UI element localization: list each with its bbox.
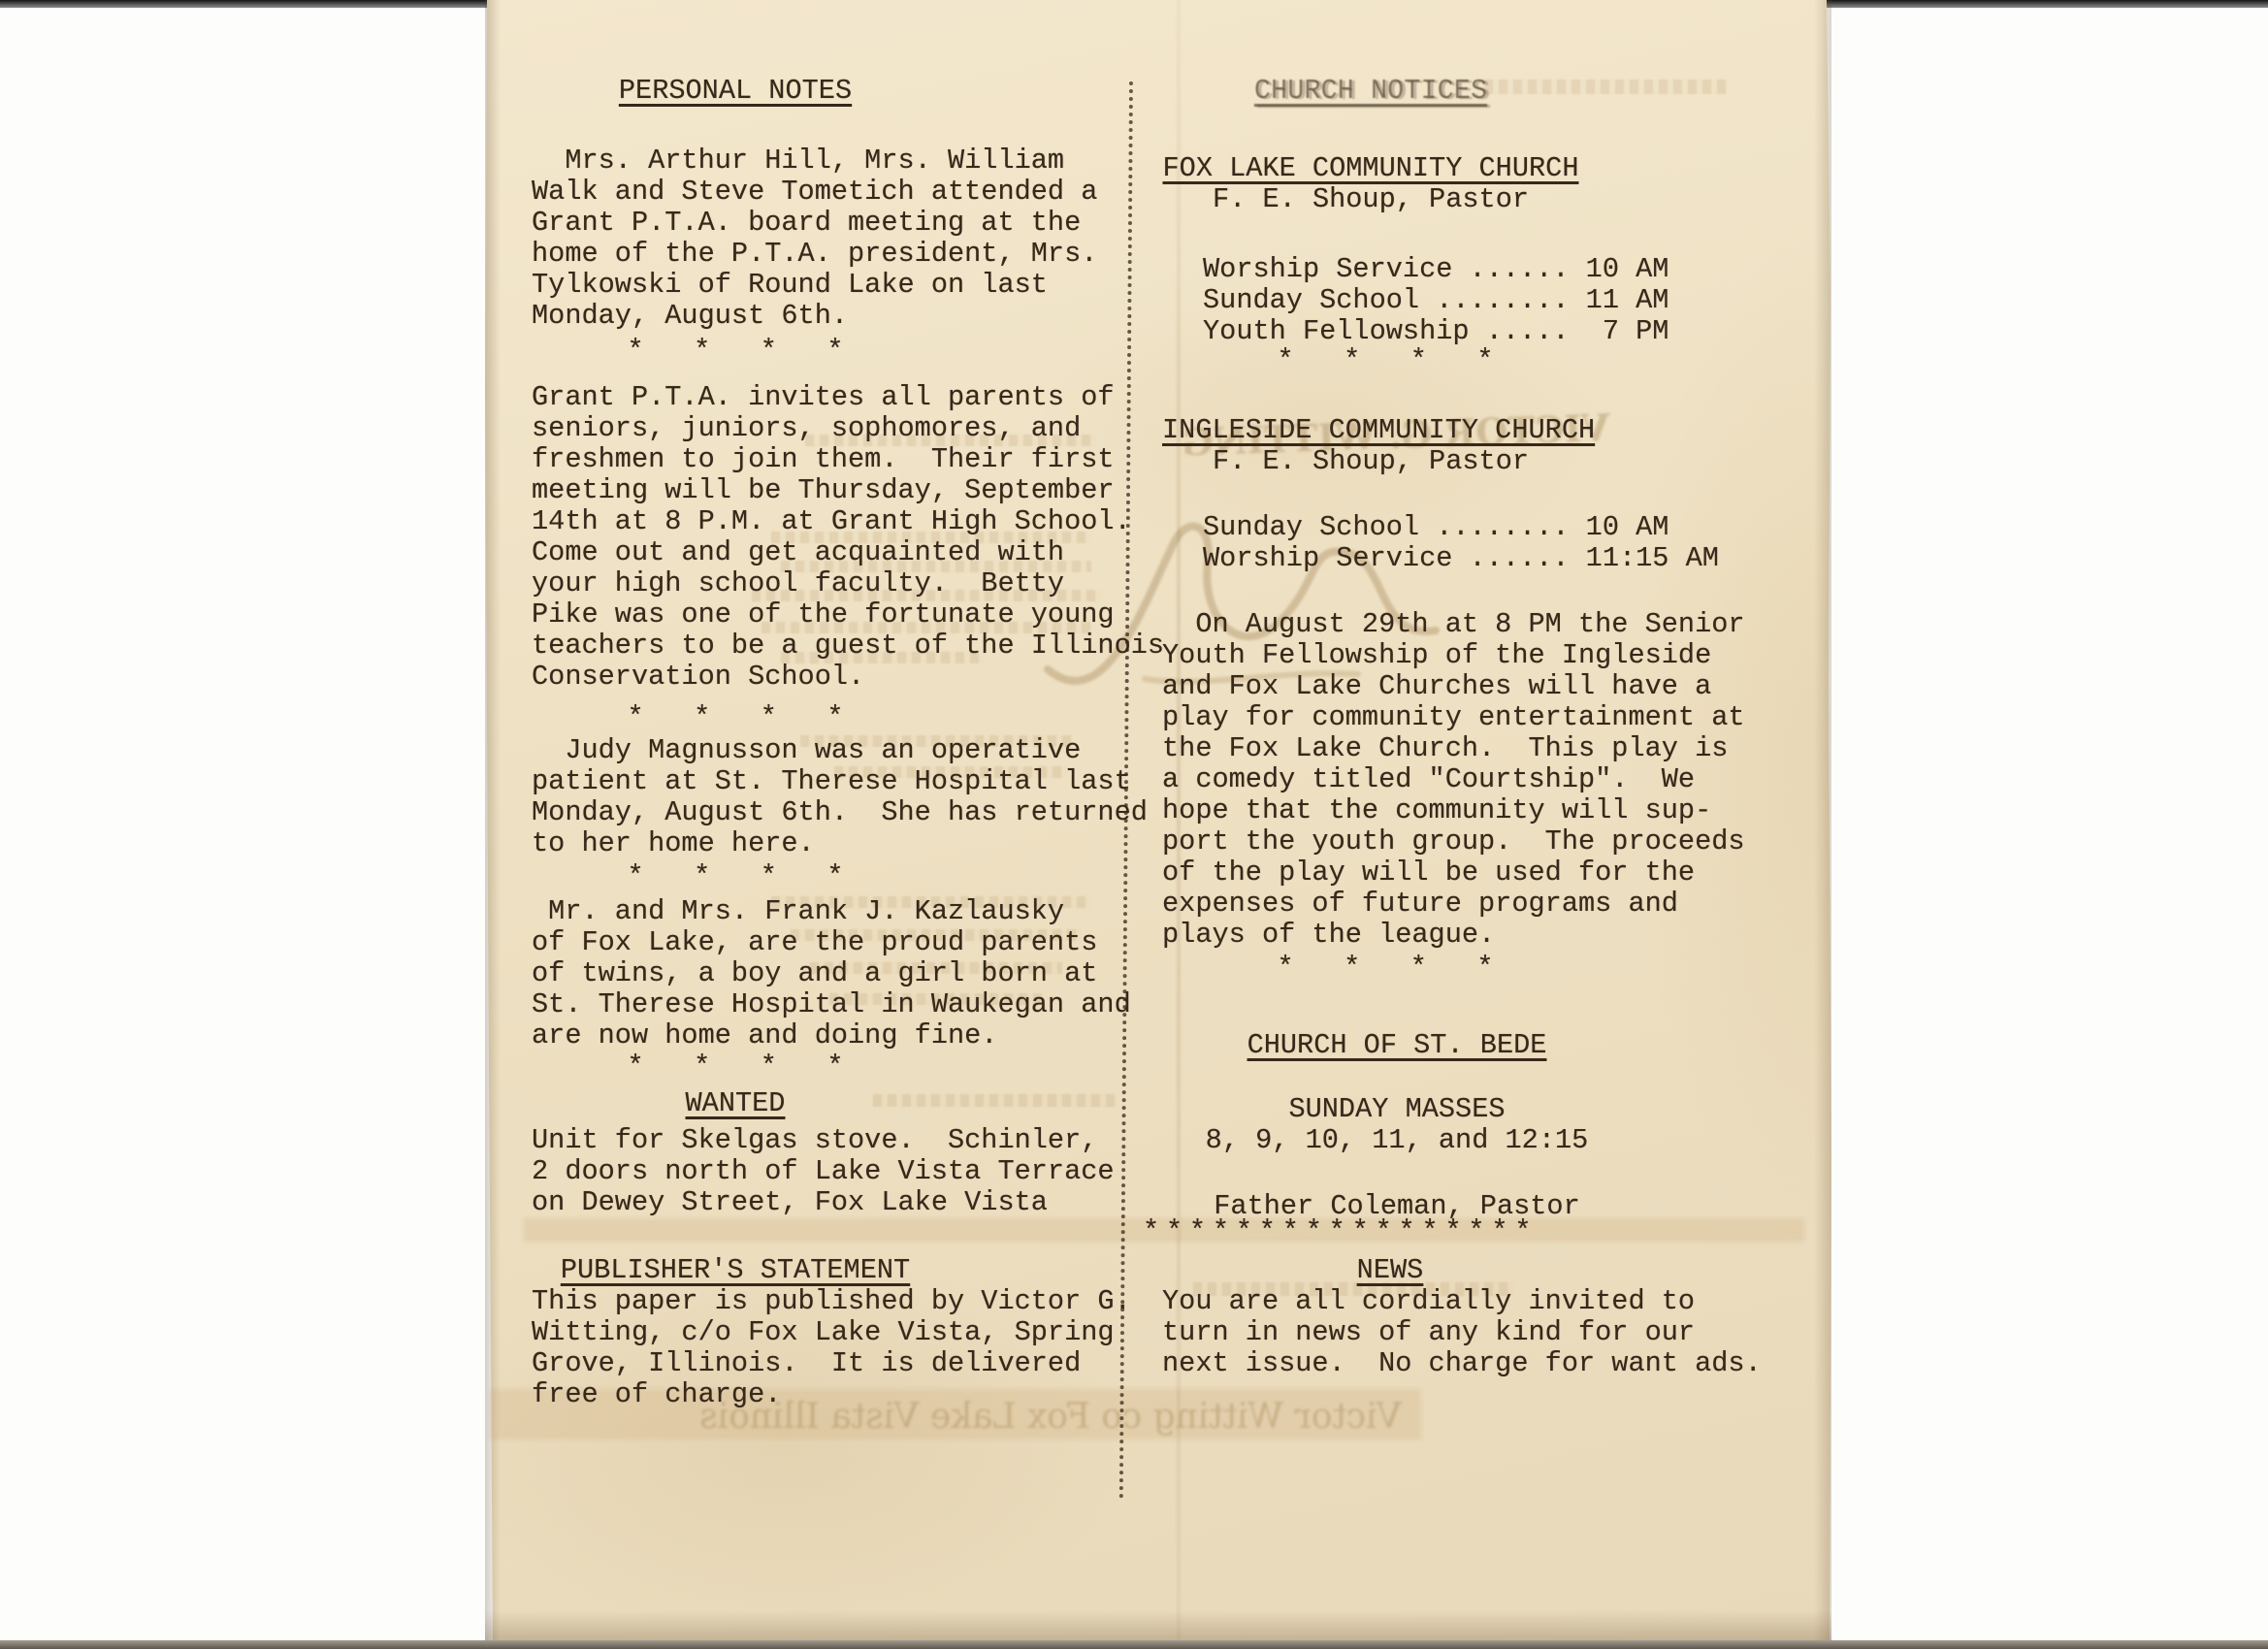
asterisk-separator: * * * * <box>1162 345 1608 376</box>
publishers-statement-text: This paper is published by Victor G. Wit… <box>532 1286 1131 1410</box>
asterisk-separator: * * * * <box>1162 953 1608 984</box>
scanned-newsletter-page: VICTOR G. WITTING Victor Witting co Fox … <box>0 0 2268 1649</box>
church-notices-heading: CHURCH NOTICES <box>1162 76 1579 107</box>
personal-notes-para-4: Mr. and Mrs. Frank J. Kazlausky of Fox L… <box>532 896 1131 1051</box>
asterisk-separator: * * * * <box>532 702 939 733</box>
news-text: You are all cordially invited to turn in… <box>1162 1286 1762 1379</box>
personal-notes-para-2: Grant P.T.A. invites all parents of seni… <box>532 382 1164 693</box>
publishers-statement-heading: PUBLISHER'S STATEMENT <box>532 1255 939 1286</box>
asterisk-separator: * * * * <box>532 1051 939 1083</box>
sunday-masses-heading: SUNDAY MASSES <box>1169 1094 1625 1125</box>
wanted-heading: WANTED <box>532 1088 939 1119</box>
asterisk-separator: * * * * <box>532 336 939 367</box>
ingleside-church-title: INGLESIDE COMMUNITY CHURCH <box>1162 415 1579 446</box>
scanner-bottom-strip <box>0 1640 2268 1649</box>
personal-notes-para-1: Mrs. Arthur Hill, Mrs. William Walk and … <box>532 145 1097 332</box>
ingleside-church-pastor: F. E. Shoup, Pastor <box>1162 446 1579 477</box>
personal-notes-para-3: Judy Magnusson was an operative patient … <box>532 735 1148 859</box>
fox-lake-church-pastor: F. E. Shoup, Pastor <box>1162 184 1579 215</box>
sunday-masses-times: 8, 9, 10, 11, and 12:15 <box>1169 1125 1625 1156</box>
news-heading: NEWS <box>1162 1255 1618 1286</box>
asterisk-separator: * * * * <box>532 861 939 892</box>
fox-lake-church-schedule: Worship Service ...... 10 AM Sunday Scho… <box>1203 254 1669 347</box>
personal-notes-heading: PERSONAL NOTES <box>532 76 939 107</box>
ingleside-church-schedule: Sunday School ........ 10 AM Worship Ser… <box>1203 512 1719 574</box>
asterisk-divider-row: ***************** <box>1143 1216 1538 1247</box>
st-bede-church-title: CHURCH OF ST. BEDE <box>1169 1030 1625 1061</box>
wanted-text: Unit for Skelgas stove. Schinler, 2 door… <box>532 1125 1115 1218</box>
play-announcement-para: On August 29th at 8 PM the Senior Youth … <box>1162 609 1745 951</box>
fox-lake-church-title: FOX LAKE COMMUNITY CHURCH <box>1162 153 1579 184</box>
